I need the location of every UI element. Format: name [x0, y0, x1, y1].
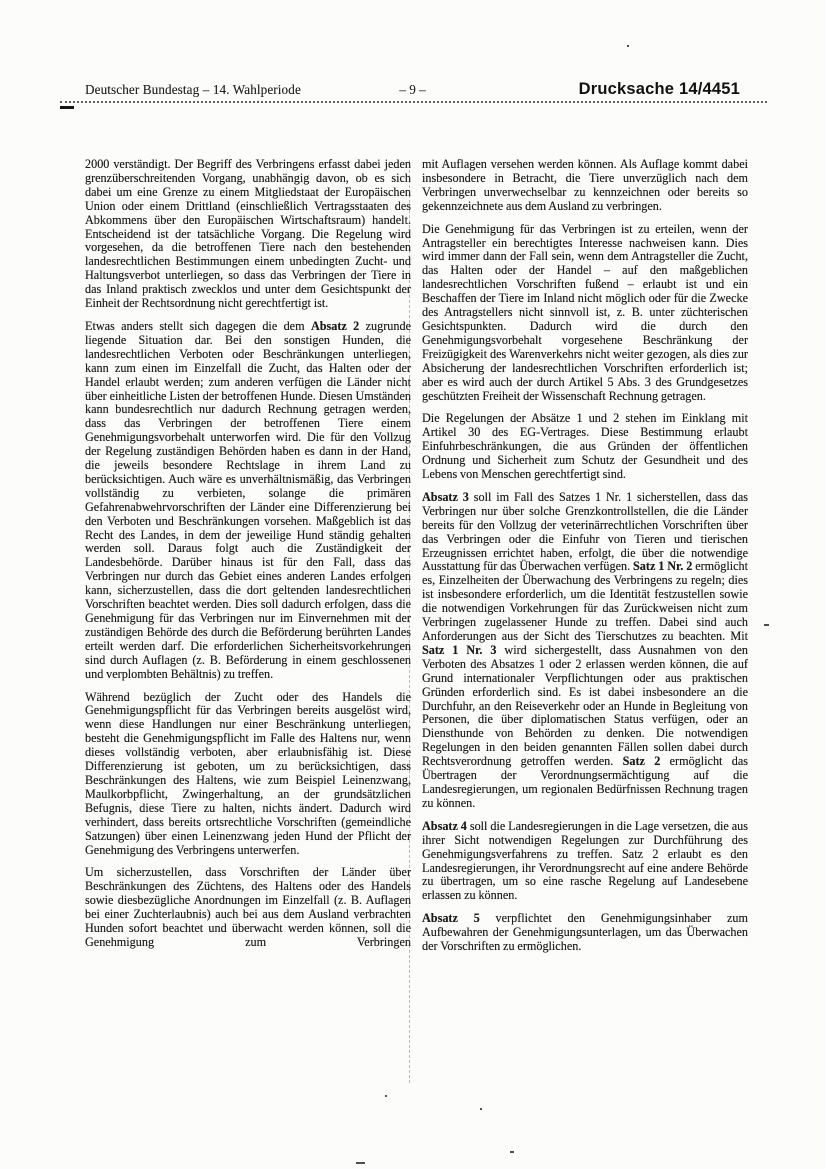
scan-speck — [356, 1162, 365, 1164]
bold-text-run: Satz 2 — [623, 754, 661, 768]
bold-text-run: Absatz 2 — [311, 319, 359, 333]
paragraph: mit Auflagen versehen werden können. Als… — [422, 158, 748, 214]
scan-speck — [480, 1108, 482, 1110]
scan-speck — [764, 624, 769, 626]
text-run: soll die Landesregierungen in die Lage v… — [422, 819, 748, 903]
text-run: Während bezüglich der Zucht oder des Han… — [85, 690, 411, 857]
scan-speck — [385, 1095, 387, 1097]
text-run: mit Auflagen versehen werden können. Als… — [422, 157, 748, 213]
bold-text-run: Absatz 4 — [422, 819, 467, 833]
header-drucksache-number: Drucksache 14/4451 — [579, 80, 740, 99]
text-run: zugrunde liegende Situation dar. Bei den… — [85, 319, 411, 681]
bold-text-run: Absatz 5 — [422, 911, 480, 925]
paragraph: Absatz 5 verpflichtet den Genehmigungsin… — [422, 912, 748, 954]
header-rule — [60, 101, 767, 103]
paragraph: Um sicherzustellen, dass Vorschriften de… — [85, 866, 411, 949]
text-run: Die Genehmigung für das Verbringen ist z… — [422, 222, 748, 403]
text-run: Die Regelungen der Absätze 1 und 2 stehe… — [422, 411, 748, 481]
page-number: – 9 – — [399, 82, 425, 98]
text-run: Etwas anders stellt sich dagegen die dem — [85, 319, 311, 333]
scan-speck — [510, 1151, 514, 1153]
paragraph: Absatz 4 soll die Landesregierungen in d… — [422, 820, 748, 903]
bold-text-run: Absatz 3 — [422, 490, 469, 504]
scan-speck — [627, 45, 629, 47]
text-run: Um sicherzustellen, dass Vorschriften de… — [85, 865, 411, 949]
text-run: 2000 verständigt. Der Begriff des Verbri… — [85, 157, 411, 310]
paragraph: Die Regelungen der Absätze 1 und 2 stehe… — [422, 412, 748, 482]
bold-text-run: Satz 1 Nr. 3 — [422, 643, 496, 657]
paragraph: Etwas anders stellt sich dagegen die dem… — [85, 320, 411, 682]
two-column-body: 2000 verständigt. Der Begriff des Verbri… — [85, 158, 748, 954]
left-column: 2000 verständigt. Der Begriff des Verbri… — [85, 158, 411, 954]
document-page: Deutscher Bundestag – 14. Wahlperiode – … — [0, 0, 826, 1169]
paragraph: Die Genehmigung für das Verbringen ist z… — [422, 223, 748, 404]
right-column: mit Auflagen versehen werden können. Als… — [422, 158, 748, 954]
paragraph: Absatz 3 soll im Fall des Satzes 1 Nr. 1… — [422, 491, 748, 811]
page-header: Deutscher Bundestag – 14. Wahlperiode – … — [85, 80, 740, 99]
column-divider-line — [409, 160, 410, 1083]
paragraph: 2000 verständigt. Der Begriff des Verbri… — [85, 158, 411, 311]
paragraph: Während bezüglich der Zucht oder des Han… — [85, 691, 411, 858]
header-rule-dash — [60, 106, 74, 109]
header-publication: Deutscher Bundestag – 14. Wahlperiode — [85, 82, 399, 98]
bold-text-run: Satz 1 Nr. 2 — [633, 559, 692, 573]
text-run: wird sichergestellt, dass Ausnahmen von … — [422, 643, 748, 768]
